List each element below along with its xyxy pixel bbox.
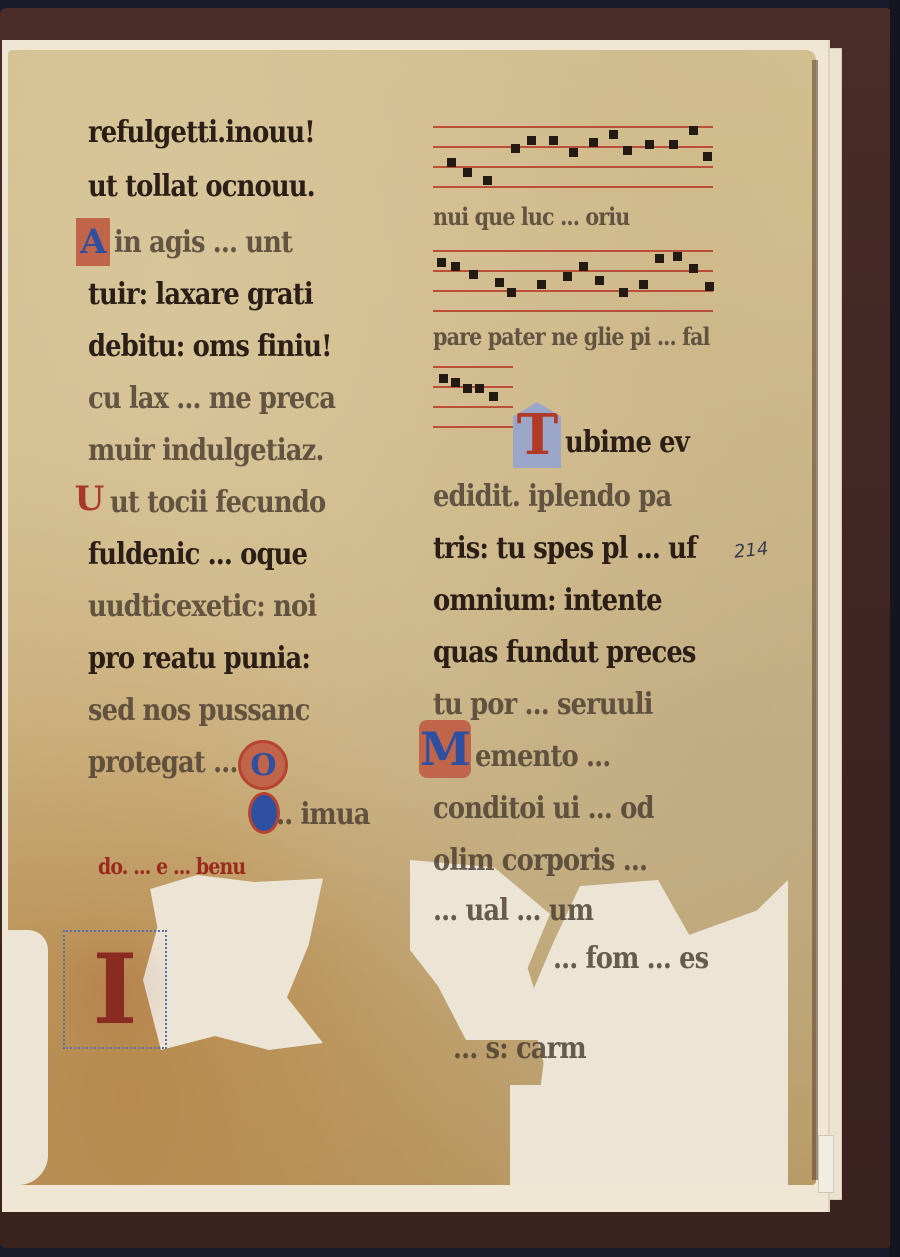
- text-line: edidit. iplendo pa: [433, 482, 671, 512]
- neume: [463, 168, 472, 177]
- text-line: muir indulgetiaz.: [88, 436, 324, 466]
- neume: [447, 158, 456, 167]
- neume: [451, 262, 460, 271]
- text-line: ubime ev: [565, 428, 689, 458]
- staff-line: [433, 426, 513, 428]
- neume: [475, 384, 484, 393]
- neume: [619, 288, 628, 297]
- neume: [689, 126, 698, 135]
- text-line: ut tocii fecundo: [110, 488, 325, 518]
- staff-line: [433, 310, 713, 312]
- staff-line: [433, 186, 713, 188]
- neume: [511, 144, 520, 153]
- neume: [483, 176, 492, 185]
- neume: [507, 288, 516, 297]
- text-line: conditoi ui ... od: [433, 794, 654, 824]
- text-line: ut tollat ocnouu.: [88, 172, 315, 202]
- illuminated-initial-t: T: [513, 402, 561, 468]
- staff-line: [433, 406, 513, 408]
- text-line: emento ...: [475, 742, 610, 772]
- text-line: sed nos pussanc: [88, 696, 310, 726]
- text-line: ... imua: [268, 800, 370, 830]
- red-initial-u: U: [74, 478, 104, 520]
- staff-line: [433, 366, 513, 368]
- neume: [495, 278, 504, 287]
- staff-line: [433, 126, 713, 128]
- text-line: tris: tu spes pl ... uf: [433, 534, 696, 564]
- neume: [451, 378, 460, 387]
- neume: [705, 282, 714, 291]
- illuminated-initial-a: A: [76, 218, 110, 266]
- neume: [537, 280, 546, 289]
- staff-line: [433, 290, 713, 292]
- illuminated-initial-o: O: [238, 740, 288, 790]
- text-line: debitu: oms finiu!: [88, 332, 332, 362]
- neume: [579, 262, 588, 271]
- illuminated-initial-i: I: [63, 930, 167, 1049]
- text-line: nui que luc ... oriu: [433, 202, 629, 232]
- music-staff: [433, 360, 513, 426]
- neume: [437, 258, 446, 267]
- music-staff: [433, 244, 713, 310]
- neume: [703, 152, 712, 161]
- text-line: in agis ... unt: [114, 228, 292, 258]
- illuminated-initial-m: M: [419, 720, 471, 778]
- text-line: ... s: carm: [453, 1034, 586, 1064]
- left-column: refulgetti.inouu! ut tollat ocnouu. A in…: [88, 110, 378, 890]
- neume: [489, 392, 498, 401]
- text-line: quas fundut preces: [433, 638, 696, 668]
- text-line: pare pater ne glie pi ... fal: [433, 322, 710, 352]
- neume: [469, 270, 478, 279]
- rubric-line: do. ... e ... benu: [98, 852, 245, 882]
- right-column: nui que luc ... oriu pare pater ne glie …: [433, 110, 733, 1070]
- text-line: refulgetti.inouu!: [88, 118, 315, 148]
- neume: [623, 146, 632, 155]
- text-line: ... fom ... es: [553, 944, 708, 974]
- text-line: olim corporis ...: [433, 846, 647, 876]
- text-line: tu por ... seruuli: [433, 690, 653, 720]
- neume: [673, 252, 682, 261]
- text-line: pro reatu punia:: [88, 644, 310, 674]
- staff-line: [433, 166, 713, 168]
- neume: [463, 384, 472, 393]
- illuminated-initial-o-blue: O: [248, 792, 280, 834]
- mount-label-tab: [818, 1135, 834, 1193]
- neume: [645, 140, 654, 149]
- text-line: ... ual ... um: [433, 896, 593, 926]
- neume: [527, 136, 536, 145]
- text-line: tuir: laxare grati: [88, 280, 313, 310]
- neume: [549, 136, 558, 145]
- neume: [563, 272, 572, 281]
- neume: [589, 138, 598, 147]
- neume: [689, 264, 698, 273]
- neume: [439, 374, 448, 383]
- damage-hole: [143, 875, 323, 1050]
- neume: [569, 148, 578, 157]
- neume: [669, 140, 678, 149]
- neume: [639, 280, 648, 289]
- text-line: omnium: intente: [433, 586, 662, 616]
- text-line: fuldenic ... oque: [88, 540, 307, 570]
- damage-hole: [8, 930, 48, 1185]
- text-line: uudticexetic: noi: [88, 592, 316, 622]
- staff-line: [433, 250, 713, 252]
- text-line: cu lax ... me preca: [88, 384, 335, 414]
- neume: [595, 276, 604, 285]
- background-edge: [890, 0, 900, 1257]
- neume: [655, 254, 664, 263]
- staff-line: [433, 386, 513, 388]
- manuscript-leaf: refulgetti.inouu! ut tollat ocnouu. A in…: [8, 50, 816, 1185]
- damage-hole: [510, 1085, 590, 1185]
- neume: [609, 130, 618, 139]
- pencil-folio-number: 214: [733, 538, 769, 562]
- leaf-shadow: [812, 60, 818, 1180]
- music-staff: [433, 126, 713, 192]
